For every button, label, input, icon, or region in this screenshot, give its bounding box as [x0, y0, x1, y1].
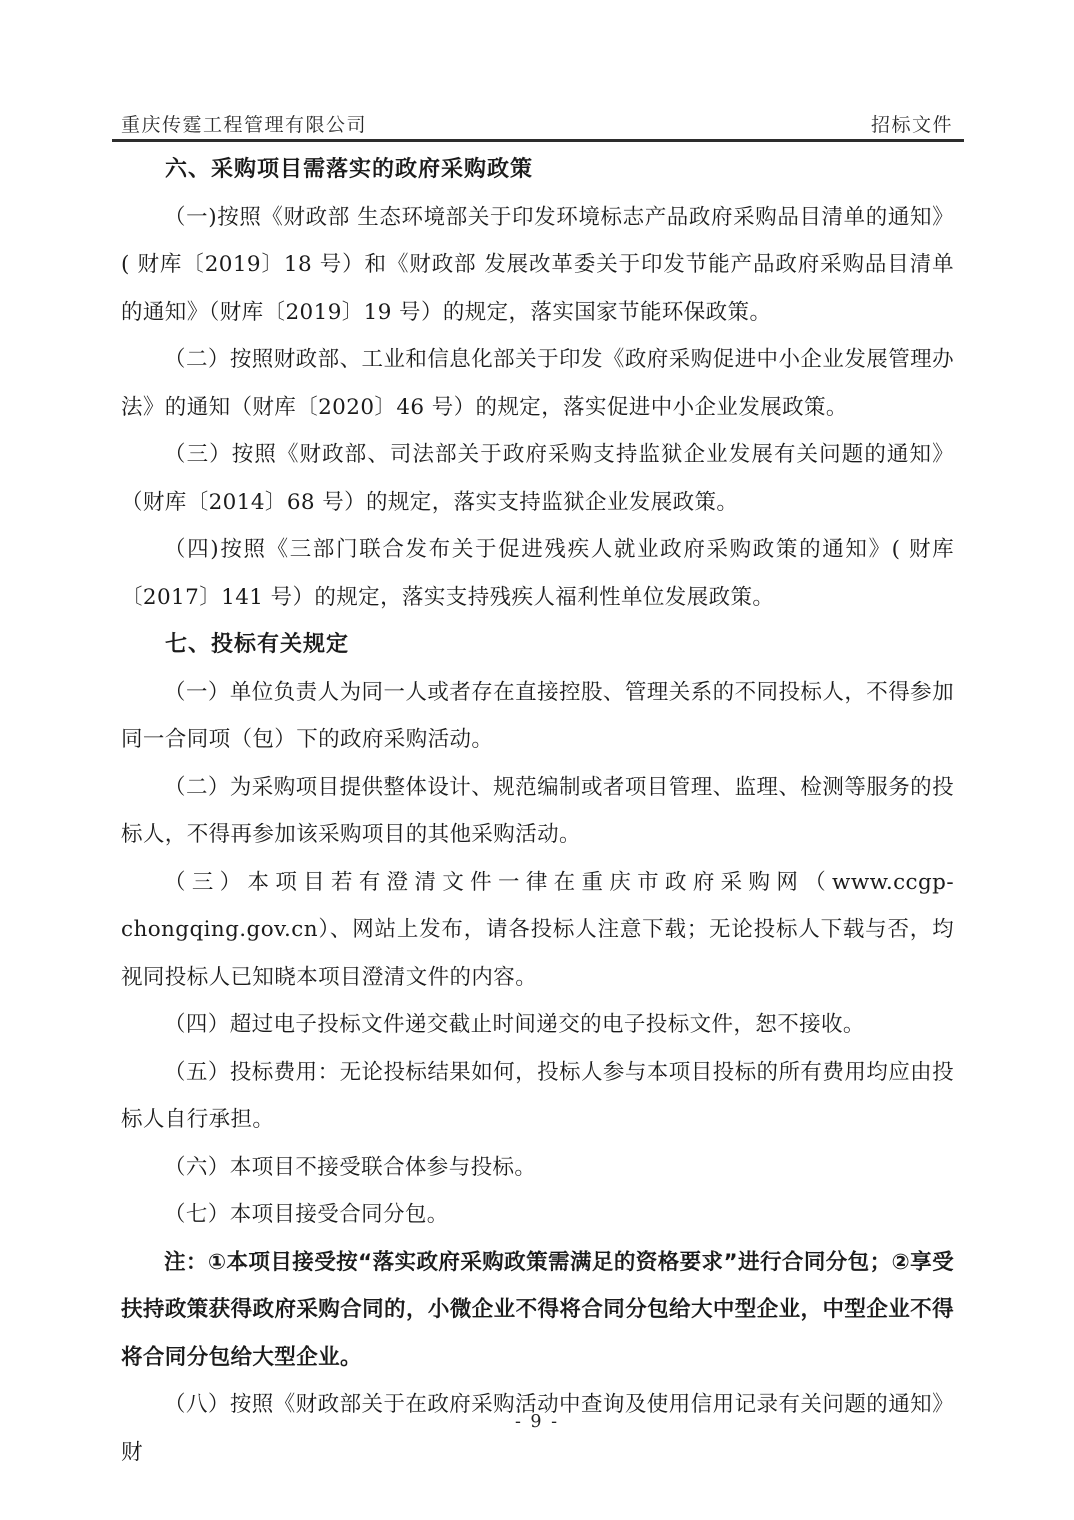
section-7-paragraph-3: （三）本项目若有澄清文件一律在重庆市政府采购网（www.ccgp-chongqi…: [121, 859, 954, 1002]
document-page: 重庆传霆工程管理有限公司 招标文件 六、采购项目需落实的政府采购政策 （一)按照…: [0, 0, 1074, 1520]
section-7-paragraph-4: （四）超过电子投标文件递交截止时间递交的电子投标文件，恕不接收。: [121, 1001, 954, 1049]
section-7-paragraph-6: （六）本项目不接受联合体参与投标。: [121, 1144, 954, 1192]
page-header: 重庆传霆工程管理有限公司 招标文件: [121, 110, 953, 137]
page-number: - 9 -: [515, 1412, 559, 1432]
section-7-note-paragraph: 注：①本项目接受按“落实政府采购政策需满足的资格要求”进行合同分包；②享受扶持政…: [121, 1239, 954, 1382]
section-6-paragraph-3: （三）按照《财政部、司法部关于政府采购支持监狱企业发展有关问题的通知》（财库〔2…: [121, 431, 954, 526]
section-6-paragraph-4: （四)按照《三部门联合发布关于促进残疾人就业政府采购政策的通知》( 财库〔201…: [121, 526, 954, 621]
page-footer: - 9 -: [0, 1412, 1074, 1432]
section-7-paragraph-5: （五）投标费用：无论投标结果如何，投标人参与本项目投标的所有费用均应由投标人自行…: [121, 1049, 954, 1144]
section-7-paragraph-7: （七）本项目接受合同分包。: [121, 1191, 954, 1239]
section-6-paragraph-1: （一)按照《财政部 生态环境部关于印发环境标志产品政府采购品目清单的通知》( 财…: [121, 194, 954, 337]
header-rule: [112, 139, 964, 142]
header-company-name: 重庆传霆工程管理有限公司: [121, 110, 367, 137]
document-body: 六、采购项目需落实的政府采购政策 （一)按照《财政部 生态环境部关于印发环境标志…: [121, 146, 954, 1476]
section-6-paragraph-2: （二）按照财政部、工业和信息化部关于印发《政府采购促进中小企业发展管理办法》的通…: [121, 336, 954, 431]
section-7-paragraph-2: （二）为采购项目提供整体设计、规范编制或者项目管理、监理、检测等服务的投标人，不…: [121, 764, 954, 859]
section-6-heading: 六、采购项目需落实的政府采购政策: [121, 146, 954, 194]
section-7-heading: 七、投标有关规定: [121, 621, 954, 669]
section-7-paragraph-1: （一）单位负责人为同一人或者存在直接控股、管理关系的不同投标人，不得参加同一合同…: [121, 669, 954, 764]
header-doc-type-label: 招标文件: [871, 110, 953, 137]
